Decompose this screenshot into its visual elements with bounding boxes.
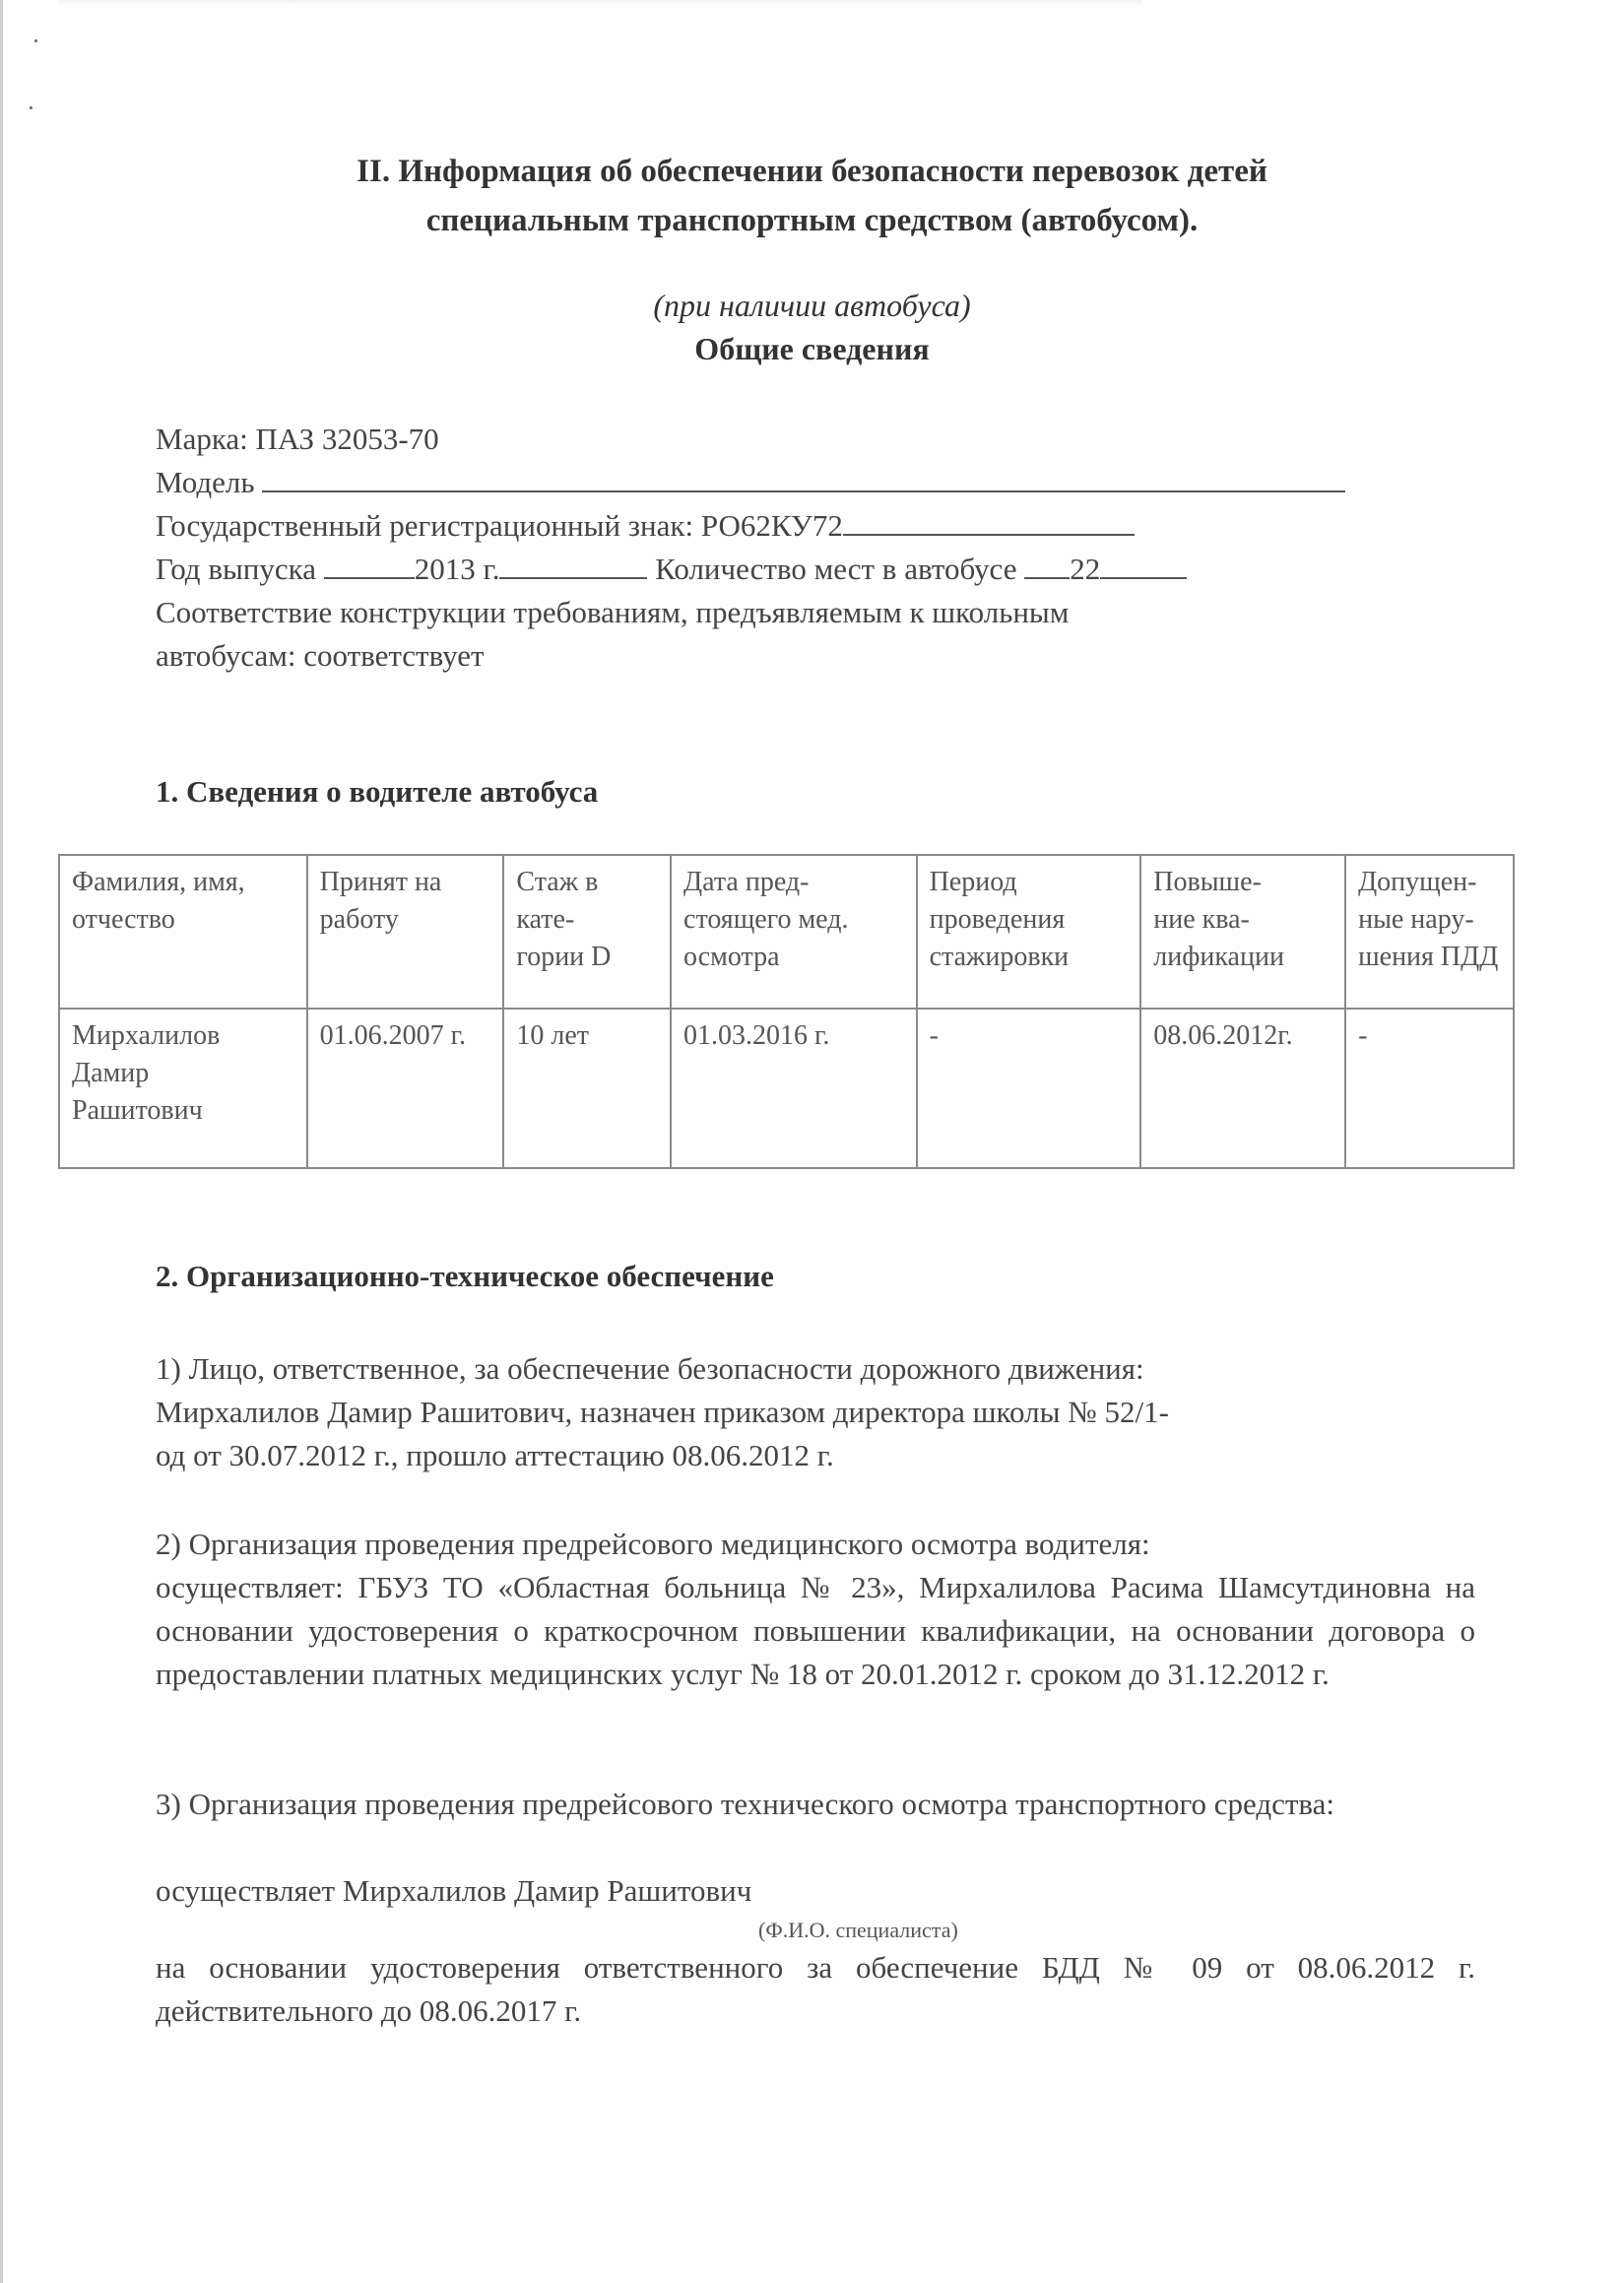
header-text: Период [930, 864, 1129, 901]
header-text: шения ПДД [1358, 939, 1501, 976]
item1-line3: од от 30.07.2012 г., прошло аттестацию 0… [156, 1434, 1475, 1477]
header-text: гории D [516, 939, 658, 976]
brand-field: Марка: ПАЗ 32053-70 [156, 418, 439, 461]
document-title-line1: II. Информация об обеспечении безопаснос… [0, 148, 1624, 195]
header-hired: Принят на работу [307, 855, 504, 1009]
registration-value: РО62КУ72 [701, 508, 843, 543]
compliance-line1: Соответствие конструкции требованиям, пр… [156, 591, 1069, 634]
compliance-line2: автобусам: соответствует [156, 634, 485, 678]
table-header-row: Фамилия, имя, отчество Принят на работу … [59, 855, 1514, 1009]
specialist-caption: (Ф.И.О. специалиста) [758, 1916, 958, 1945]
header-med-exam: Дата пред- стоящего мед. осмотра [671, 855, 917, 1009]
header-full-name: Фамилия, имя, отчество [59, 855, 307, 1009]
cell-text: Дамир [72, 1055, 294, 1092]
seats-blank-post [1100, 573, 1187, 579]
section1-heading: 1. Сведения о водителе автобуса [156, 770, 598, 814]
document-title-line2: специальным транспортным средством (авто… [0, 197, 1624, 244]
header-text: Принят на [320, 864, 491, 901]
header-text: Дата пред- [683, 864, 904, 901]
seats-label: Количество мест в автобусе [655, 552, 1016, 586]
cell-full-name: Мирхалилов Дамир Рашитович [59, 1009, 307, 1168]
item3-body: на основании удостоверения ответственног… [156, 1946, 1475, 2033]
general-heading: Общие сведения [0, 327, 1624, 370]
item2-line1: 2) Организация проведения предрейсового … [156, 1523, 1475, 1566]
document-page: II. Информация об обеспечении безопаснос… [0, 0, 1624, 2283]
header-violations: Допущен- ные нару- шения ПДД [1345, 855, 1514, 1009]
table-row: Мирхалилов Дамир Рашитович 01.06.2007 г.… [59, 1009, 1514, 1168]
header-text: Стаж в [516, 864, 658, 901]
cell-hired: 01.06.2007 г. [307, 1009, 504, 1168]
brand-value: ПАЗ 32053-70 [256, 422, 439, 456]
cell-qualification: 08.06.2012г. [1140, 1009, 1345, 1168]
scan-speck [30, 106, 32, 109]
cell-internship: - [917, 1009, 1141, 1168]
year-seats-field: Год выпуска 2013 г. Количество мест в ав… [156, 548, 1187, 591]
header-text: кате- [516, 901, 658, 939]
header-text: ные нару- [1358, 901, 1501, 939]
header-text: стоящего мед. [683, 901, 904, 939]
year-blank-post [499, 573, 647, 579]
seats-value: 22 [1070, 552, 1100, 586]
scan-artifact [59, 0, 1142, 6]
registration-blank [843, 530, 1135, 536]
driver-table: Фамилия, имя, отчество Принят на работу … [58, 854, 1515, 1169]
year-blank-pre [324, 573, 415, 579]
year-value: 2013 г. [415, 552, 500, 586]
header-text: проведения [930, 901, 1129, 939]
header-text: Повыше- [1153, 864, 1332, 901]
header-experience: Стаж в кате- гории D [503, 855, 671, 1009]
section2-heading: 2. Организационно-техническое обеспечени… [156, 1255, 774, 1298]
item1-line2: Мирхалилов Дамир Рашитович, назначен при… [156, 1391, 1475, 1434]
header-qualification: Повыше- ние ква- лификации [1140, 855, 1345, 1009]
cell-text: Рашитович [72, 1092, 294, 1130]
header-text: работу [320, 901, 491, 939]
header-text: Допущен- [1358, 864, 1501, 901]
header-text: осмотра [683, 939, 904, 976]
year-label: Год выпуска [156, 552, 316, 586]
cell-violations: - [1345, 1009, 1514, 1168]
header-internship: Период проведения стажировки [917, 855, 1141, 1009]
header-text: отчество [72, 901, 294, 939]
item1-line1: 1) Лицо, ответственное, за обеспечение б… [156, 1347, 1475, 1391]
cell-text: Мирхалилов [72, 1017, 294, 1055]
item3-line1: 3) Организация проведения предрейсового … [156, 1783, 1475, 1826]
header-text: стажировки [930, 939, 1129, 976]
header-text: ние ква- [1153, 901, 1332, 939]
registration-label: Государственный регистрационный знак: [156, 508, 693, 543]
header-text: лификации [1153, 939, 1332, 976]
availability-note: (при наличии автобуса) [0, 284, 1624, 327]
seats-blank-pre [1024, 573, 1070, 579]
registration-field: Государственный регистрационный знак: РО… [156, 504, 1135, 548]
item2-body: осуществляет: ГБУЗ ТО «Областная больниц… [156, 1566, 1475, 1696]
cell-med-exam: 01.03.2016 г. [671, 1009, 917, 1168]
item3-line2: осуществляет Мирхалилов Дамир Рашитович [156, 1869, 1475, 1913]
cell-experience: 10 лет [503, 1009, 671, 1168]
header-text: Фамилия, имя, [72, 864, 294, 901]
model-label: Модель [156, 465, 255, 499]
model-field: Модель [156, 461, 1345, 504]
brand-label: Марка: [156, 422, 248, 456]
scan-speck [34, 39, 37, 42]
model-value [262, 487, 1345, 492]
